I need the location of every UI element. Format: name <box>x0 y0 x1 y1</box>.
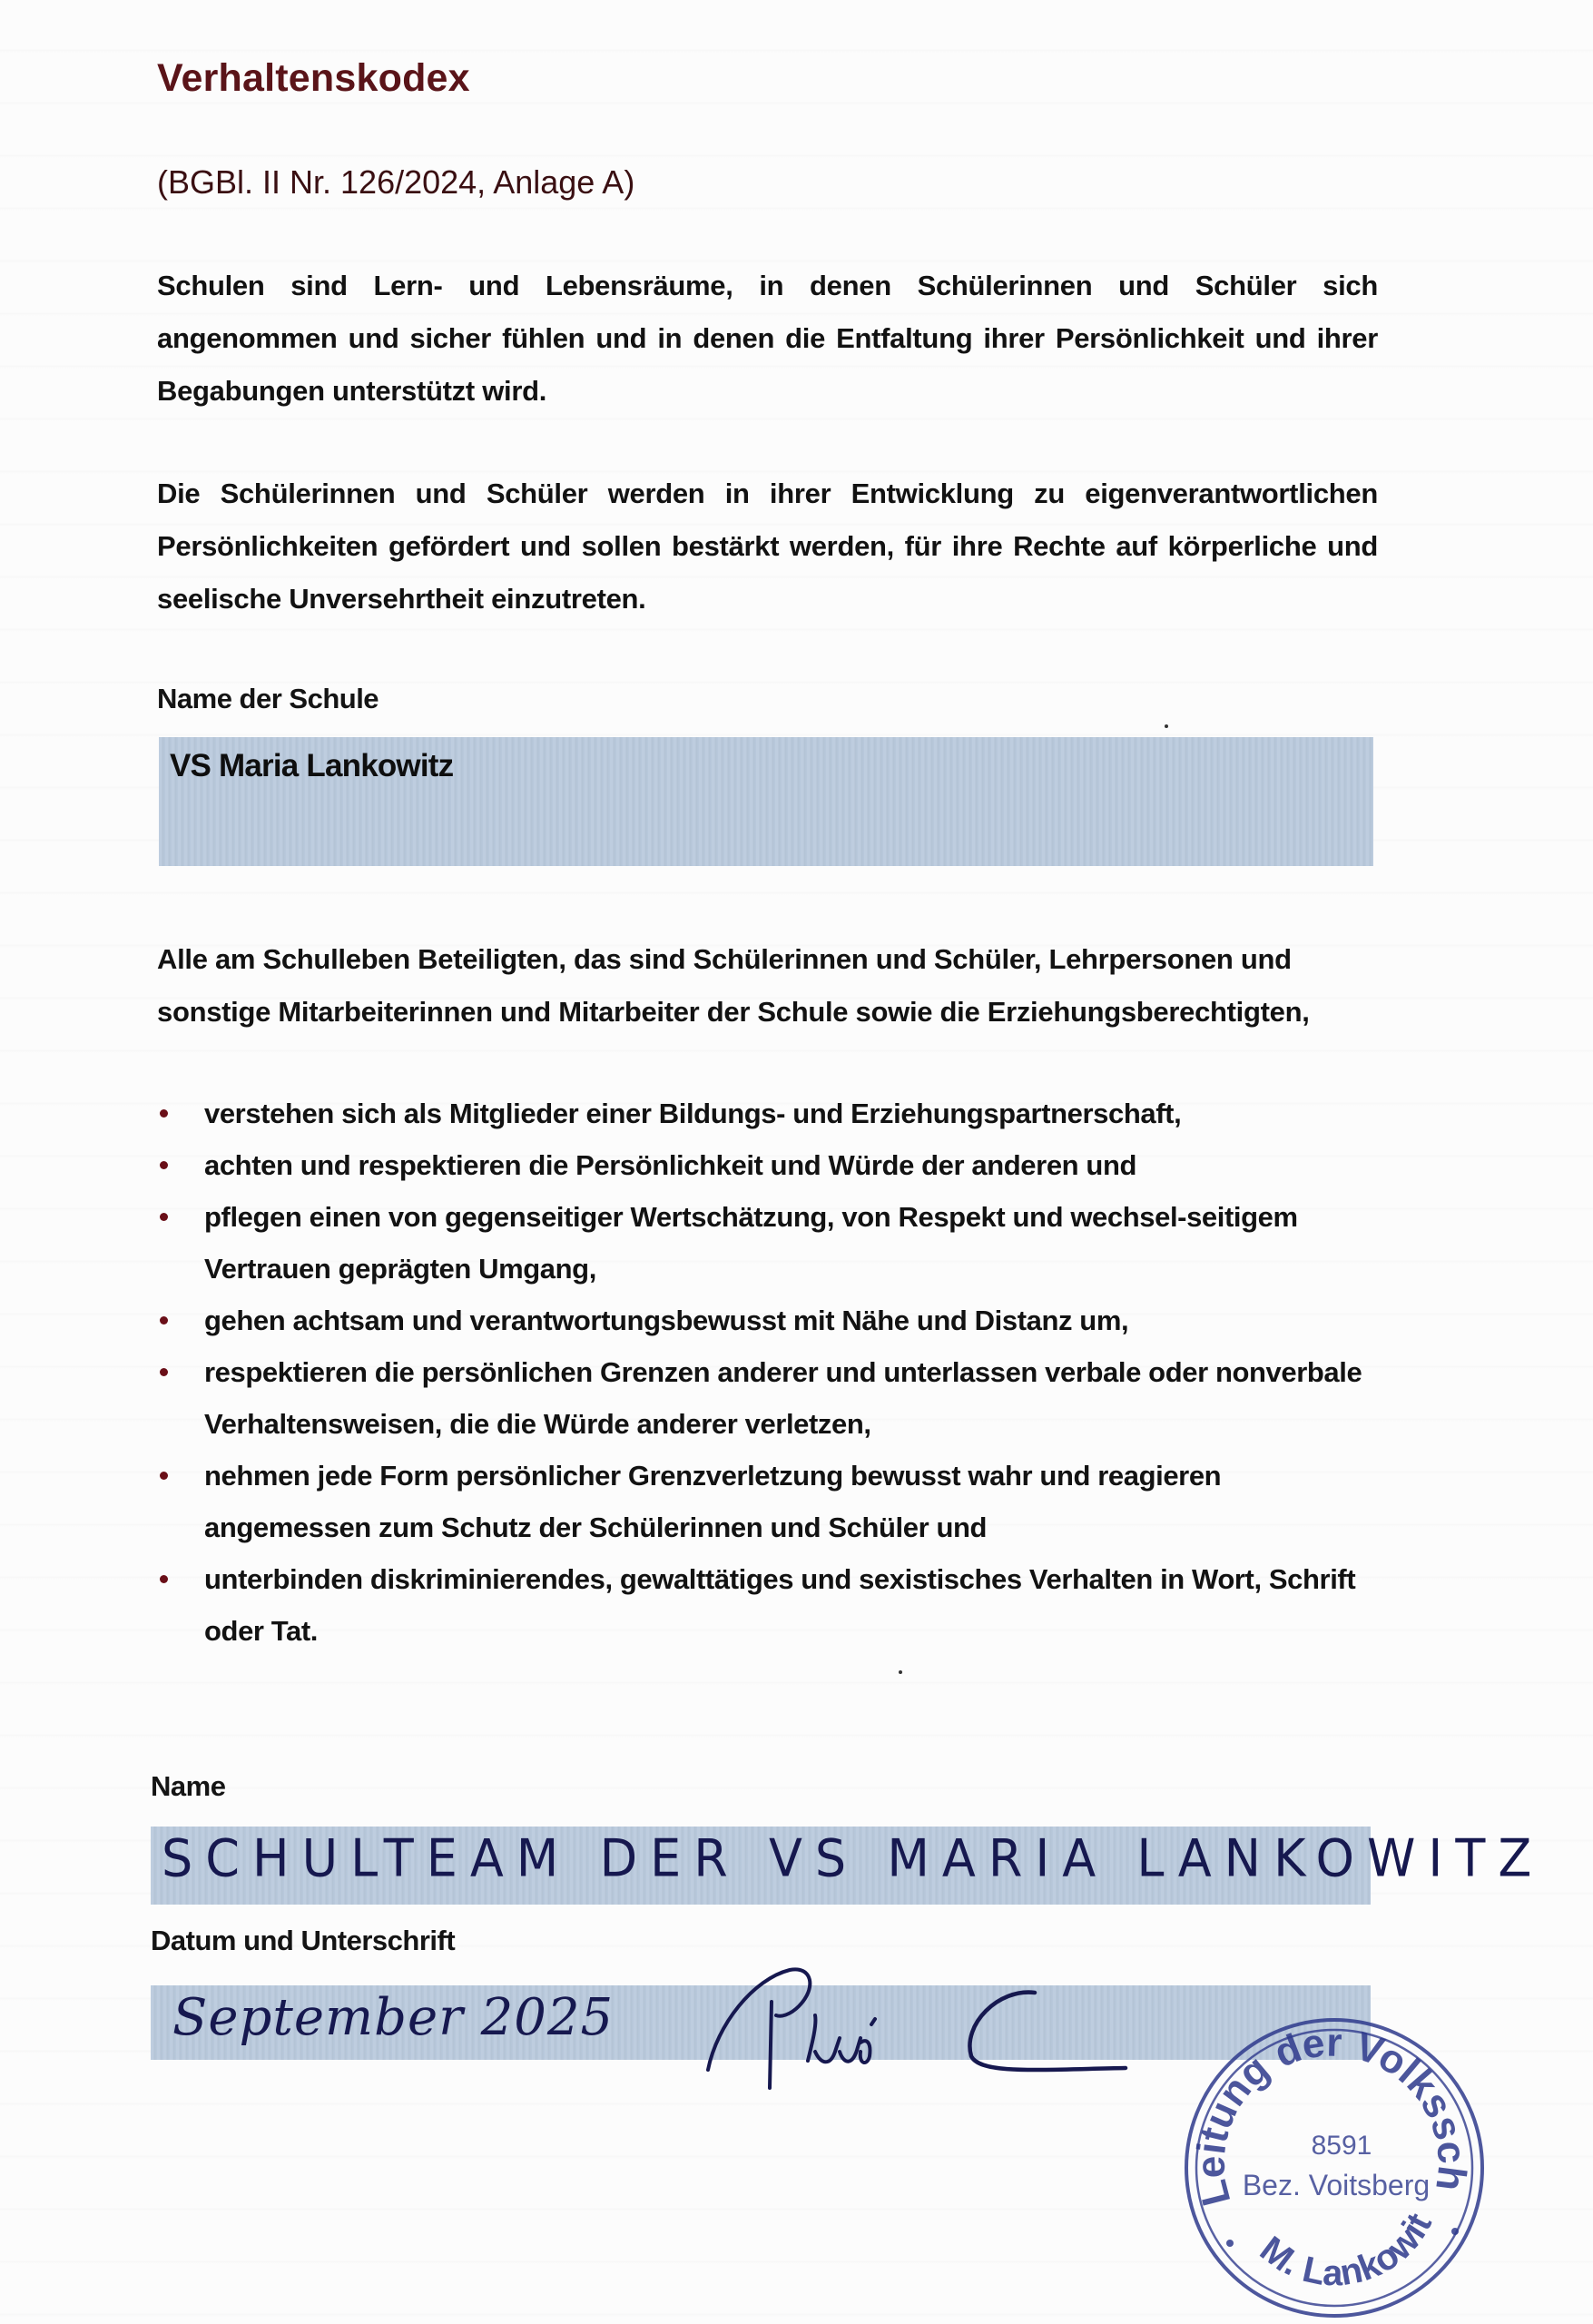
bullet-icon <box>160 1161 168 1169</box>
list-item-text: pflegen einen von gegenseitiger Wertschä… <box>204 1201 1298 1285</box>
commitments-list: verstehen sich als Mitglieder einer Bild… <box>157 1088 1373 1657</box>
list-item: unterbinden diskriminierendes, gewalttät… <box>157 1553 1373 1657</box>
legal-reference: (BGBl. II Nr. 126/2024, Anlage A) <box>157 163 634 202</box>
bullet-icon <box>160 1575 168 1583</box>
list-item-text: nehmen jede Form persönlicher Grenzverle… <box>204 1460 1221 1543</box>
stamp-district: Bez. Voitsberg <box>1243 2169 1430 2201</box>
name-handwritten-value: SCHULTEAM DER VS MARIA LANKOWITZ <box>162 1828 1544 1888</box>
name-label: Name <box>151 1770 225 1803</box>
document-title: Verhaltenskodex <box>157 56 470 101</box>
list-item-text: respektieren die persönlichen Grenzen an… <box>204 1356 1362 1440</box>
date-signature-label: Datum und Unterschrift <box>151 1925 455 1957</box>
list-item-text: achten und respektieren die Persönlichke… <box>204 1149 1136 1181</box>
list-item-text: unterbinden diskriminierendes, gewalttät… <box>204 1563 1355 1647</box>
bullet-icon <box>160 1213 168 1221</box>
school-name-field[interactable]: VS Maria Lankowitz <box>159 737 1373 866</box>
school-name-value: VS Maria Lankowitz <box>170 748 453 784</box>
school-name-label: Name der Schule <box>157 683 379 715</box>
list-item-text: gehen achtsam und verantwortungsbewusst … <box>204 1305 1128 1336</box>
list-item: respektieren die persönlichen Grenzen an… <box>157 1346 1373 1450</box>
stamp-postcode: 8591 <box>1312 2131 1372 2161</box>
intro-paragraph-2: Die Schülerinnen und Schüler werden in i… <box>157 468 1378 625</box>
list-item: pflegen einen von gegenseitiger Wertschä… <box>157 1191 1373 1295</box>
list-item-text: verstehen sich als Mitglieder einer Bild… <box>204 1098 1181 1129</box>
school-stamp-icon: Leitung der Volksschule M. Lankowitz 859… <box>1180 2014 1489 2322</box>
signature-icon <box>654 1952 1162 2106</box>
participants-paragraph: Alle am Schulleben Beteiligten, das sind… <box>157 933 1391 1039</box>
bullet-icon <box>160 1368 168 1376</box>
intro-paragraph-1: Schulen sind Lern- und Lebensräume, in d… <box>157 260 1378 418</box>
paper-speck <box>899 1670 902 1674</box>
paper-speck <box>1165 724 1168 728</box>
document-page: Verhaltenskodex (BGBl. II Nr. 126/2024, … <box>0 0 1593 2324</box>
bullet-icon <box>160 1472 168 1480</box>
bullet-icon <box>160 1316 168 1324</box>
bullet-icon <box>160 1109 168 1118</box>
list-item: nehmen jede Form persönlicher Grenzverle… <box>157 1450 1373 1553</box>
list-item: gehen achtsam und verantwortungsbewusst … <box>157 1295 1373 1346</box>
date-handwritten-value: September 2025 <box>172 1988 614 2047</box>
list-item: verstehen sich als Mitglieder einer Bild… <box>157 1088 1373 1139</box>
list-item: achten und respektieren die Persönlichke… <box>157 1139 1373 1191</box>
